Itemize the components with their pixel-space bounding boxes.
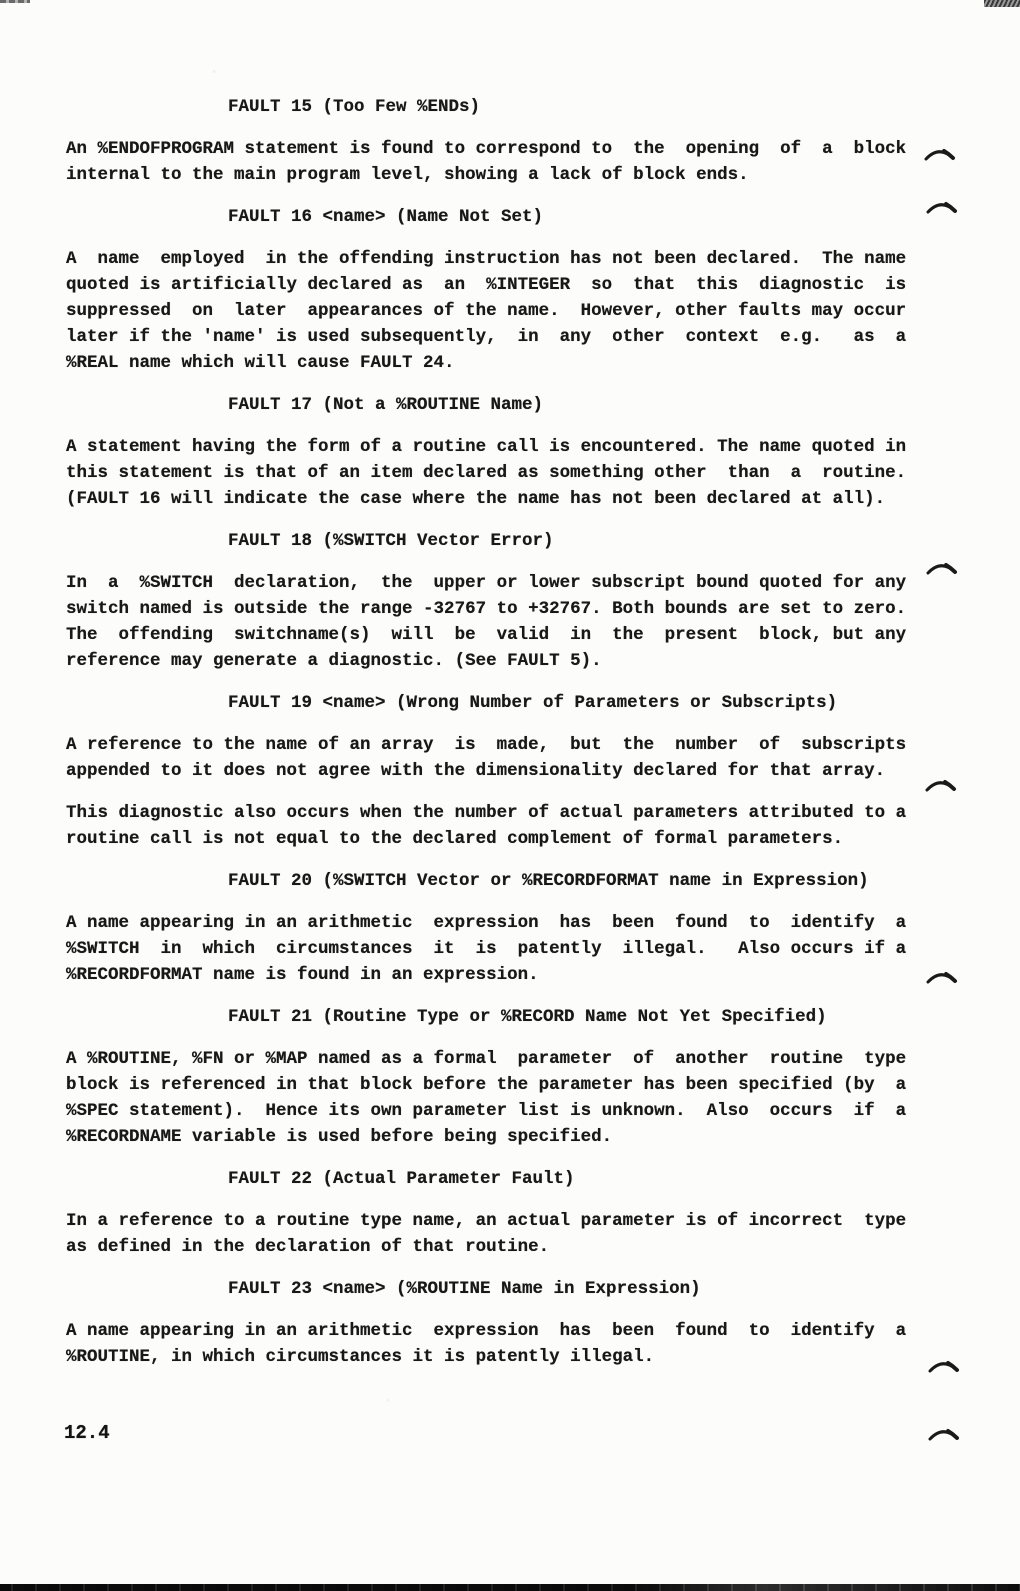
fault-21-heading: FAULT 21 (Routine Type or %RECORD Name N… [66,1004,980,1030]
fault-18-heading: FAULT 18 (%SWITCH Vector Error) [66,528,980,554]
fault-17-heading: FAULT 17 (Not a %ROUTINE Name) [66,392,980,418]
scan-arc-mark [926,560,958,580]
scan-smudge-top-left [0,0,30,3]
page-number: 12.4 [64,1422,110,1444]
fault-21-description: A %ROUTINE, %FN or %MAP named as a forma… [66,1046,980,1150]
fault-18-description: In a %SWITCH declaration, the upper or l… [66,570,980,674]
scan-arc-mark [924,146,956,166]
fault-16-heading: FAULT 16 <name> (Name Not Set) [66,204,980,230]
fault-15-heading: FAULT 15 (Too Few %ENDs) [66,94,980,120]
fault-20-heading: FAULT 20 (%SWITCH Vector or %RECORDFORMA… [66,868,980,894]
scan-arc-mark [928,1358,960,1378]
fault-17-description: A statement having the form of a routine… [66,434,980,512]
scan-arc-mark [925,777,957,797]
fault-22-heading: FAULT 22 (Actual Parameter Fault) [66,1166,980,1192]
fault-19-description-1: A reference to the name of an array is m… [66,732,980,784]
fault-19-heading: FAULT 19 <name> (Wrong Number of Paramet… [66,690,980,716]
fault-23-heading: FAULT 23 <name> (%ROUTINE Name in Expres… [66,1276,980,1302]
scan-arc-mark [928,1426,960,1446]
scanned-page: FAULT 15 (Too Few %ENDs)An %ENDOFPROGRAM… [0,0,1020,1591]
fault-19-description-2: This diagnostic also occurs when the num… [66,800,980,852]
scan-bar-bottom-edge [0,1584,1020,1591]
scan-arc-mark [926,199,958,219]
fault-15-description: An %ENDOFPROGRAM statement is found to c… [66,136,980,188]
scan-arc-mark [926,969,958,989]
scan-smudge-top-right [984,0,1020,7]
fault-23-description: A name appearing in an arithmetic expres… [66,1318,980,1370]
fault-20-description: A name appearing in an arithmetic expres… [66,910,980,988]
fault-22-description: In a reference to a routine type name, a… [66,1208,980,1260]
document-body: FAULT 15 (Too Few %ENDs)An %ENDOFPROGRAM… [66,94,980,1386]
fault-16-description: A name employed in the offending instruc… [66,246,980,376]
